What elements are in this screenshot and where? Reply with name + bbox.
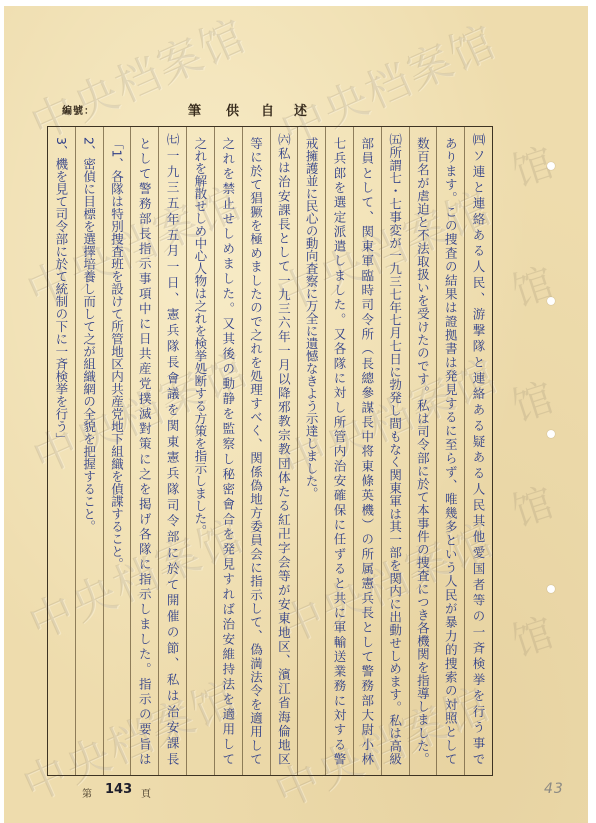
manuscript-column: として警務部長指示事項中に日共産党撲滅對策に之を掲げ各隊に指示しました。指示の要… — [130, 127, 158, 775]
manuscript-column: 七兵郎を選定派遣しました。又各隊に対し所管内治安確保に任ずると共に軍輸送業務に対… — [325, 127, 353, 775]
manuscript-column: 「1、各隊は特別捜査班を設けて所管地区内共産党地下組織を偵諜すること。 — [103, 127, 131, 775]
manuscript-column: 之れを解散せしめ中心人物は之れを検挙処断する方策を指示しました。 — [186, 127, 214, 775]
form-title-char: 筆 — [188, 100, 201, 119]
manuscript-column: 戒擁護並に民心の動向査察に万全に遺憾なきよう示達しました。 — [297, 127, 325, 775]
watermark-edge: 馆 — [504, 471, 560, 538]
page-prefix: 第 — [82, 785, 92, 800]
form-title-char: 供 — [226, 100, 239, 119]
page-number-footer: 第 143 頁 — [82, 782, 172, 800]
archive-page-mark: 43 — [544, 781, 564, 797]
punch-hole — [547, 297, 555, 305]
watermark-edge: 馆 — [504, 601, 560, 668]
manuscript-column: ㈦一九三五年五月一日、憲兵隊長會議を関東憲兵隊司令部に於て開催の節、私は治安課長 — [158, 127, 186, 775]
manuscript-column: 之れを禁止せしめました。又其後の動静を監察し秘密會合を発見すれば治安維持法を適用… — [214, 127, 242, 775]
manuscript-column: 部員として、関東軍臨時司令所（長總參謀長中将東條英機）の所属憲兵長として警務部大… — [353, 127, 381, 775]
manuscript-column: ㈤所謂七・七事変が一九三七年七月七日に勃発し間もなく関東軍は其一部を関内に出動せ… — [381, 127, 409, 775]
form-title: 筆 供 自 述 — [184, 100, 314, 118]
serial-number-label: 編號： — [62, 102, 95, 117]
punch-hole — [547, 585, 555, 593]
manuscript-grid: ㈣ソ連と連絡ある人民、游撃隊と連絡ある疑ある人民其他愛国者等の一斉検挙を行う事で… — [47, 126, 493, 776]
document-page: 中央档案馆 中央档案馆 中央档案馆 中央档案馆 中央档案馆 中央档案馆 中央档案… — [4, 6, 588, 823]
manuscript-column: 等に於て猖獗を極めましたので之れを処理すべく、関係偽地方委員会に指示して、偽満法… — [242, 127, 270, 775]
page-suffix: 頁 — [141, 785, 151, 800]
watermark-edge: 馆 — [504, 366, 560, 433]
manuscript-column: あります。この捜査の結果は證拠書は発見するに至らず、唯幾多という人民が暴力的捜索… — [436, 127, 464, 775]
watermark-edge: 馆 — [504, 251, 560, 318]
page-number: 143 — [105, 782, 132, 797]
form-title-char: 述 — [294, 100, 307, 119]
form-title-char: 自 — [261, 100, 274, 119]
manuscript-column: 数百名が虐迫と不法取扱いを受けたのです。私は司令部に於て本事件の捜査につき各機関… — [409, 127, 437, 775]
punch-hole — [547, 430, 555, 438]
manuscript-column: ㈥私は治安課長として一九三六年一月以降邪教宗教団体たる紅卍字会等が安東地区、濱江… — [270, 127, 298, 775]
punch-hole — [547, 162, 555, 170]
manuscript-column: 2、密偵に目標を選擇培養し而して之が組織網の全貌を把握すること。 — [75, 127, 103, 775]
manuscript-column: 3、機を見て司令部に於て統制の下に一斉検挙を行う」 — [48, 127, 75, 775]
manuscript-column: ㈣ソ連と連絡ある人民、游撃隊と連絡ある疑ある人民其他愛国者等の一斉検挙を行う事で — [464, 127, 492, 775]
